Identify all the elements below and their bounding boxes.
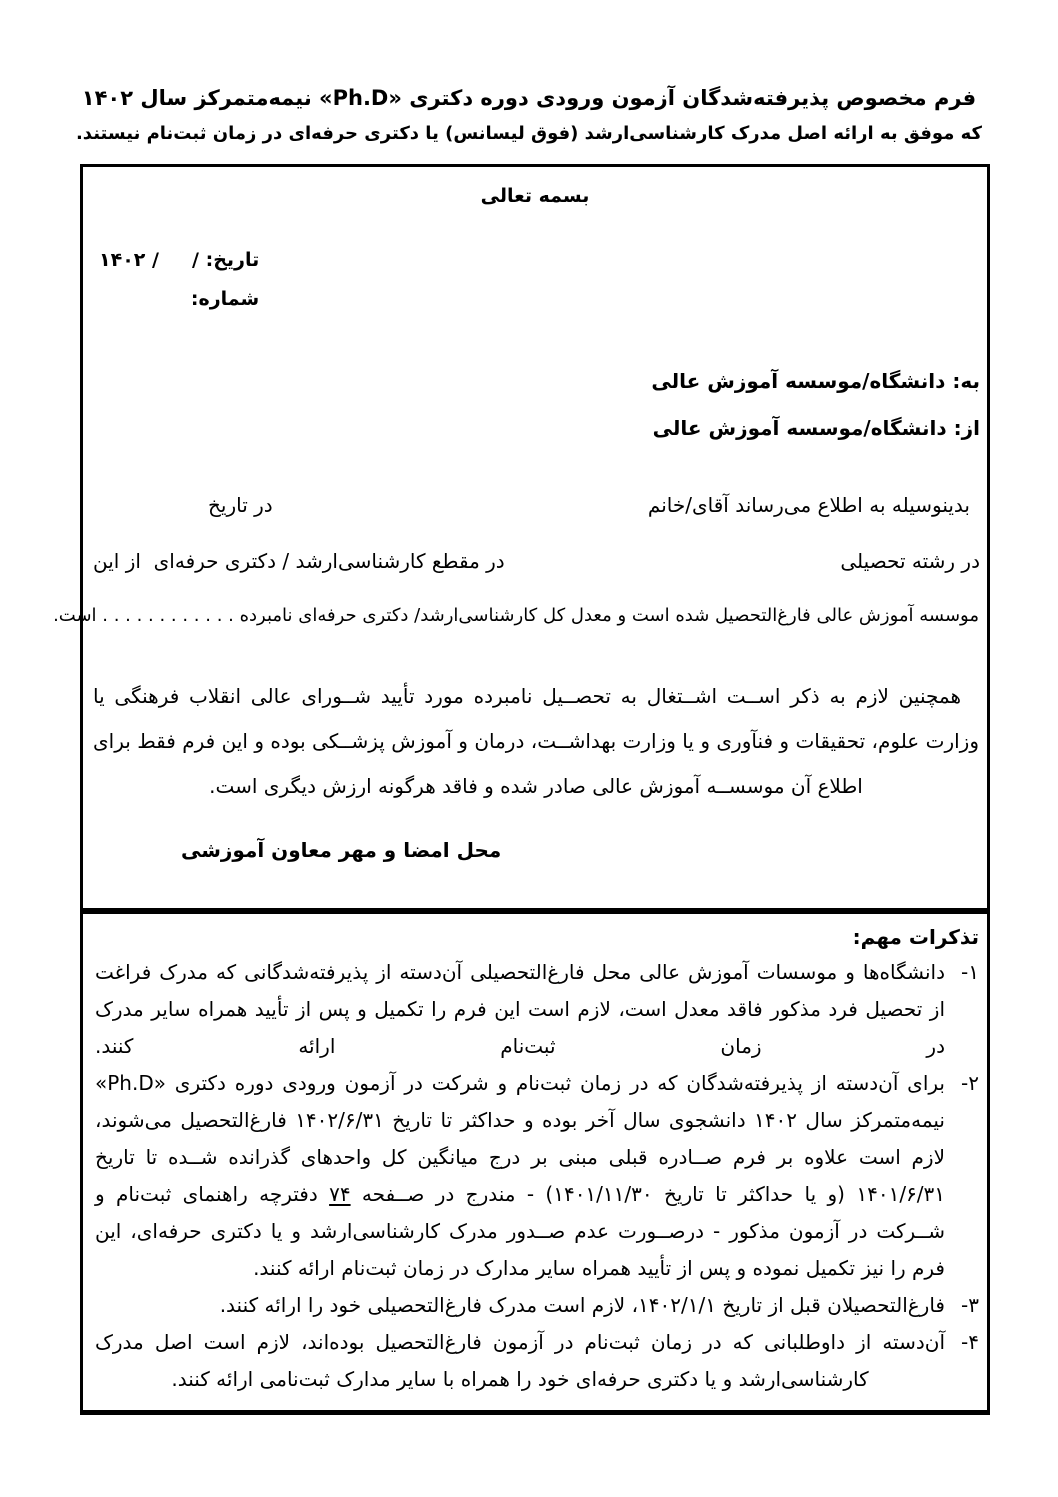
form-page: فرم مخصوص پذیرفته‌شدگان آزمون ورودی دوره… [0, 0, 1058, 1497]
degree-level-text: در مقطع کارشناسی‌ارشد / دکتری حرفه‌ای از… [93, 549, 505, 573]
note-item-2: ۲- برای آن‌دسته از پذیرفته‌شدگان که در ز… [95, 1065, 979, 1287]
form-title-line2: که موفق به ارائه اصل مدرک کارشناسی‌ارشد … [0, 123, 1058, 144]
field-of-study-label: در رشته تحصیلی [840, 549, 980, 573]
date-line: تاریخ: / / ۱۴۰۲ [99, 249, 259, 271]
recipient-line: به: دانشگاه/موسسه آموزش عالی [651, 369, 980, 393]
note-number: ۴- [957, 1324, 979, 1361]
signature-stamp-label: محل امضا و مهر معاون آموزشی [181, 838, 501, 862]
note-number: ۳- [957, 1287, 979, 1324]
note-text: برای آن‌دسته از پذیرفته‌شدگان که در زمان… [95, 1065, 945, 1287]
note-2-page-number: ۷۴ [329, 1182, 350, 1206]
important-notes-section: تذکرات مهم: ۱- دانشگاه‌ها و موسسات آموزش… [80, 911, 990, 1415]
date-label: تاریخ: [206, 249, 260, 271]
document-header: فرم مخصوص پذیرفته‌شدگان آزمون ورودی دوره… [0, 86, 1058, 144]
note-number: ۱- [957, 954, 979, 991]
notes-title: تذکرات مهم: [95, 920, 979, 954]
number-label: شماره: [99, 288, 259, 310]
date-fill-label: در تاریخ [208, 493, 273, 517]
gpa-line: موسسه آموزش عالی فارغ‌التحصیل شده است و … [93, 605, 979, 626]
field-fill-row: در رشته تحصیلی در مقطع کارشناسی‌ارشد / د… [93, 549, 980, 573]
note-item-4: ۴- آن‌دسته از داوطلبانی که در زمان ثبت‌ن… [95, 1324, 979, 1398]
note-item-1: ۱- دانشگاه‌ها و موسسات آموزش عالی محل فا… [95, 954, 979, 1065]
note-text: آن‌دسته از داوطلبانی که در زمان ثبت‌نام … [95, 1324, 945, 1398]
intro-text: بدینوسیله به اطلاع می‌رساند آقای/خانم [648, 493, 970, 517]
form-title-line1: فرم مخصوص پذیرفته‌شدگان آزمون ورودی دوره… [0, 86, 1058, 110]
note-text: دانشگاه‌ها و موسسات آموزش عالی محل فارغ‌… [95, 954, 945, 1065]
basmala-text: بسمه تعالی [83, 185, 987, 207]
sender-line: از: دانشگاه/موسسه آموزش عالی [653, 416, 980, 440]
intro-fill-row: بدینوسیله به اطلاع می‌رساند آقای/خانم در… [93, 493, 980, 517]
letter-section: بسمه تعالی تاریخ: / / ۱۴۰۲ شماره: به: دا… [80, 164, 990, 911]
date-value: / / ۱۴۰۲ [99, 249, 199, 271]
note-item-3: ۳- فارغ‌التحصیلان قبل از تاریخ ۱۴۰۲/۱/۱،… [95, 1287, 979, 1324]
note-number: ۲- [957, 1065, 979, 1102]
date-number-block: تاریخ: / / ۱۴۰۲ شماره: [99, 249, 259, 310]
note-text: فارغ‌التحصیلان قبل از تاریخ ۱۴۰۲/۱/۱، لا… [95, 1287, 945, 1324]
certification-paragraph: همچنین لازم به ذکر اســت اشــتغال به تحص… [93, 674, 979, 809]
